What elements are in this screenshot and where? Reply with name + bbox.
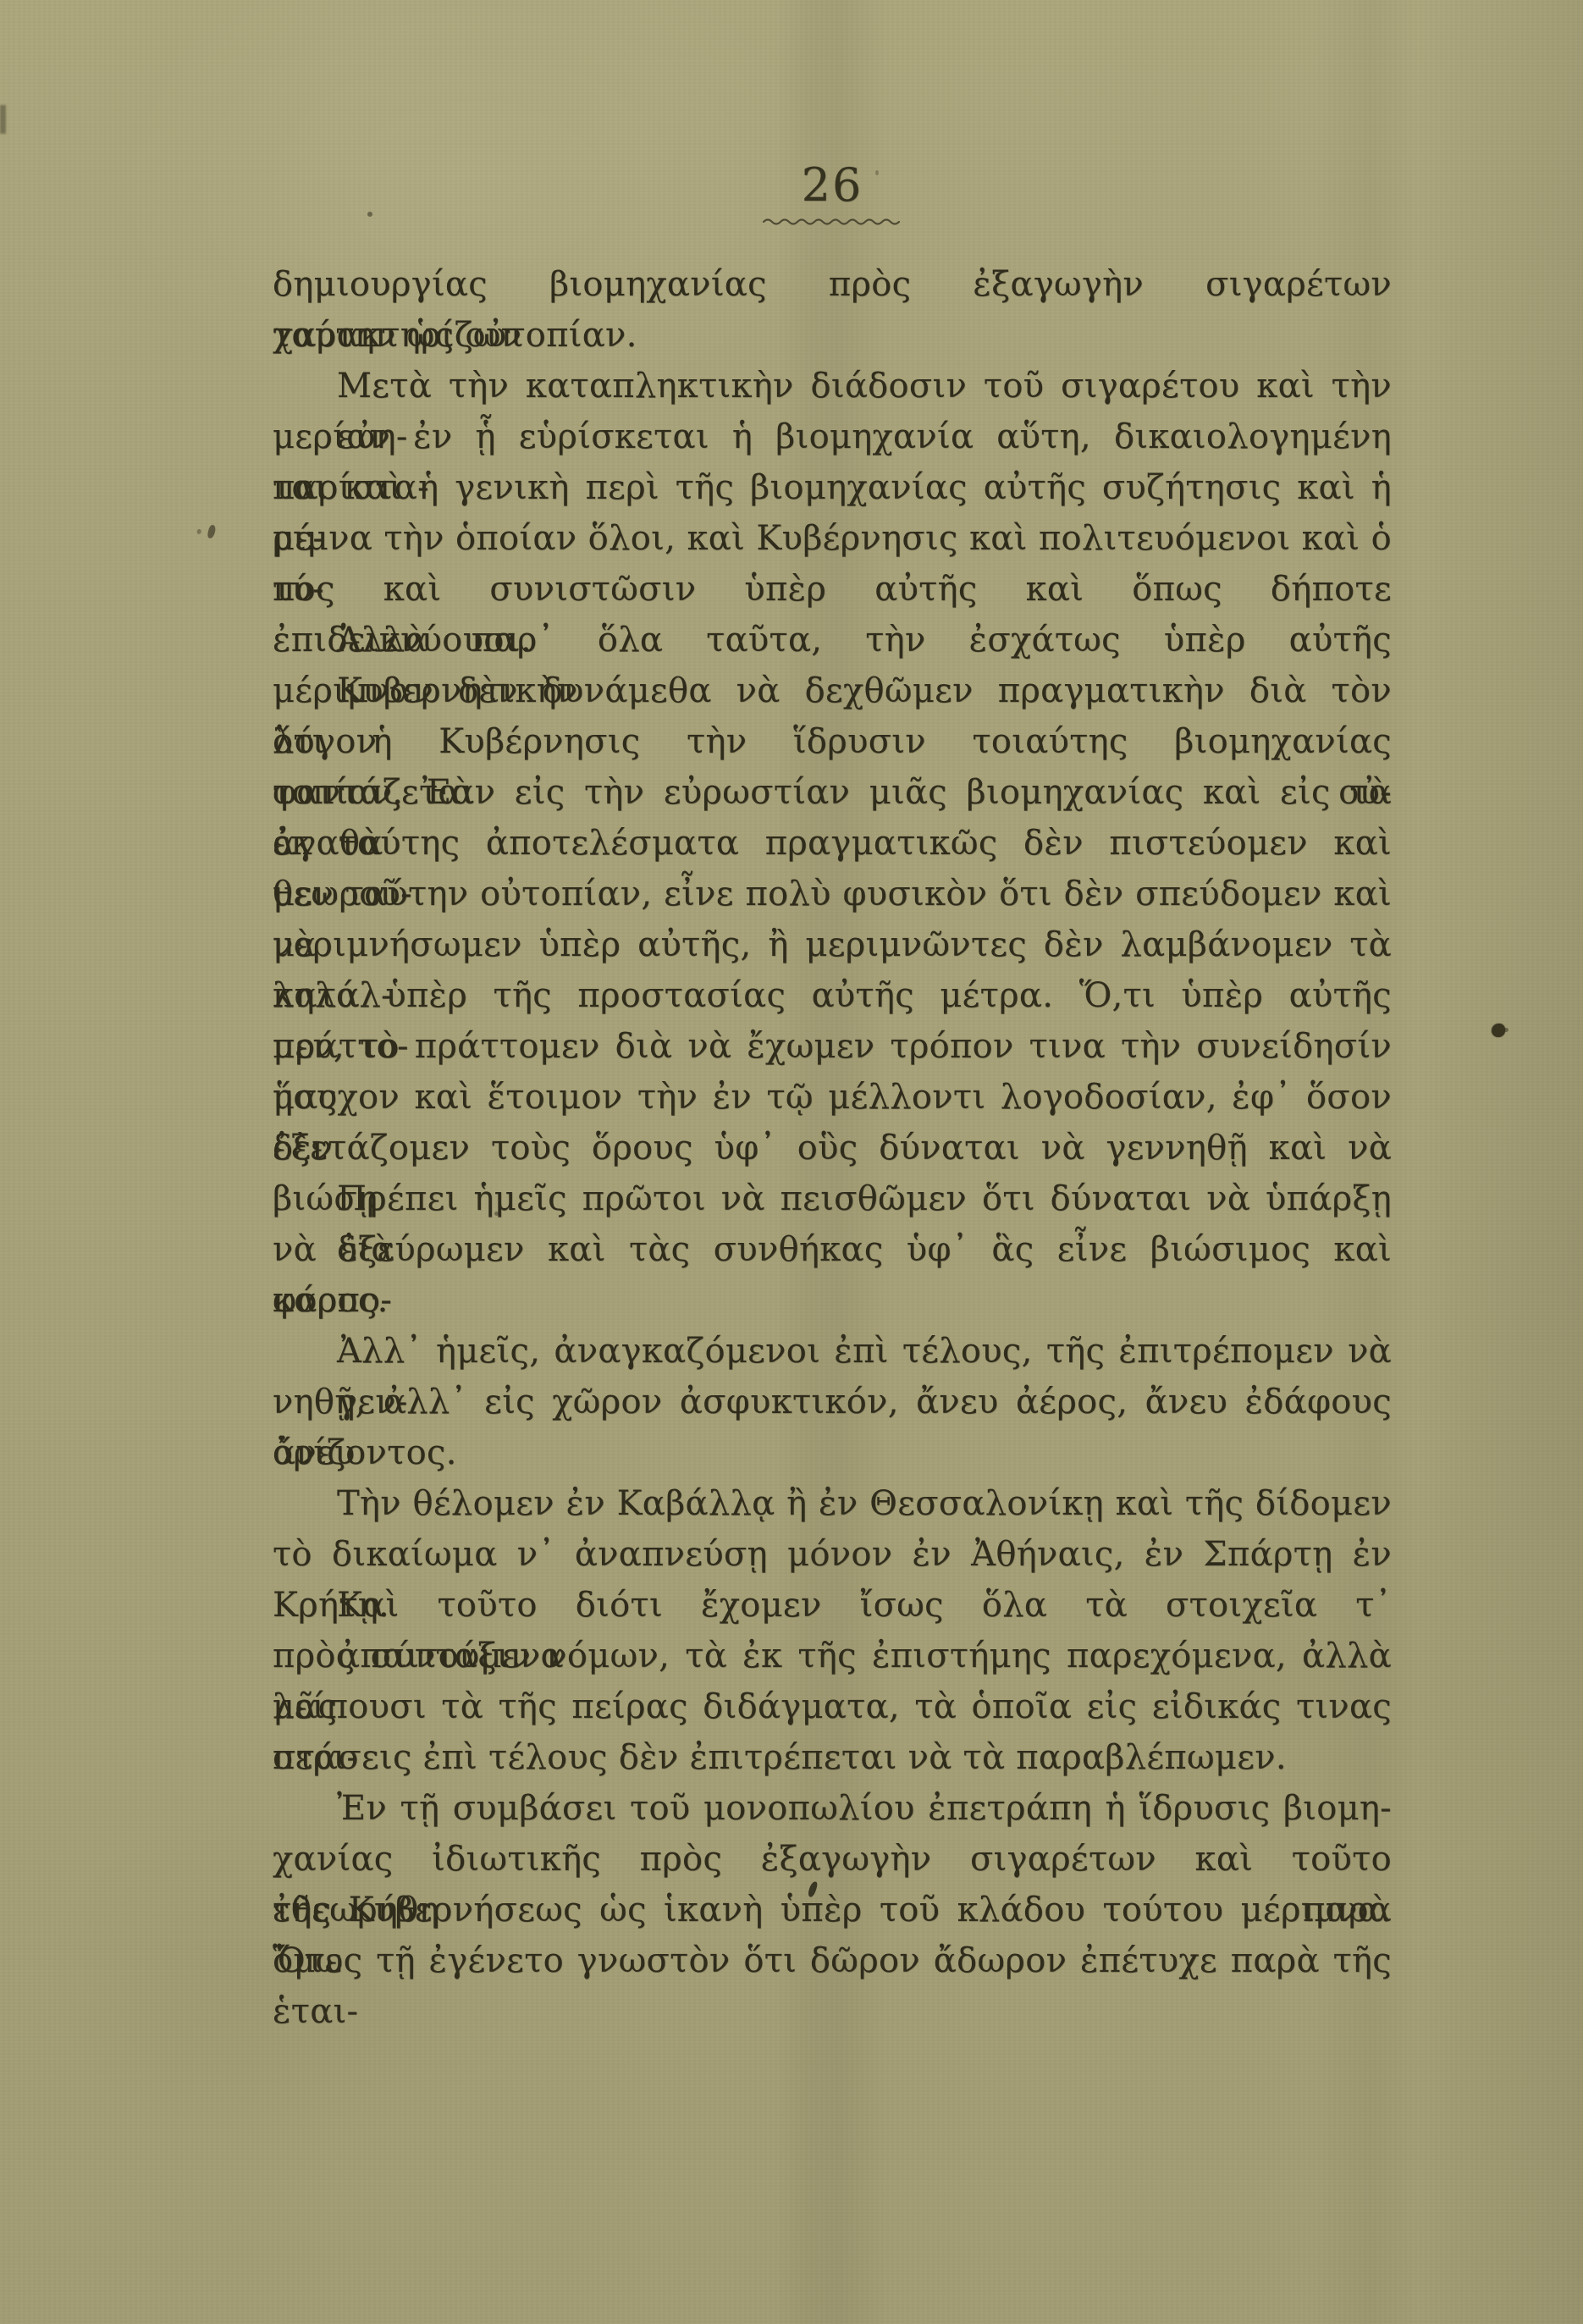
text-line: ὁρίζοντος. bbox=[273, 1427, 1392, 1478]
text-line: Ἀλλ᾽ ἡμεῖς, ἀναγκαζόμενοι ἐπὶ τέλους, τῆ… bbox=[273, 1326, 1392, 1377]
text-line: Πρέπει ἡμεῖς πρῶτοι νὰ πεισθῶμεν ὅτι δύν… bbox=[273, 1173, 1392, 1224]
text-line: χανίας ἰδιωτικῆς πρὸς ἐξαγωγὴν σιγαρέτων… bbox=[273, 1834, 1392, 1885]
scanned-book-page: 26 δημιουργίας βιομηχανίας πρὸς ἐξαγωγὴν… bbox=[0, 0, 1583, 2324]
text-line: ταύτην ὡς οὐτοπίαν. bbox=[273, 310, 1392, 361]
text-line: τῆς Κυβερνήσεως ὡς ἱκανὴ ὑπὲρ τοῦ κλάδου… bbox=[273, 1885, 1392, 1935]
text-line: ὅτι ἡ Κυβέρνησις τὴν ἵδρυσιν τοιαύτης βι… bbox=[273, 716, 1392, 767]
text-line: ται καὶ ἡ γενικὴ περὶ τῆς βιομηχανίας αὐ… bbox=[273, 462, 1392, 513]
paper-speck bbox=[367, 212, 372, 217]
page-number: 26 bbox=[760, 163, 904, 208]
text-line: πος καὶ συνιστῶσιν ὑπὲρ αὐτῆς καὶ ὅπως δ… bbox=[273, 564, 1392, 615]
text-line: μεν ταύτην οὐτοπίαν, εἶνε πολὺ φυσικὸν ὅ… bbox=[273, 869, 1392, 919]
text-line: μερίαν ἐν ᾗ εὑρίσκεται ἡ βιομηχανία αὕτη… bbox=[273, 411, 1392, 462]
text-line: μεν, τὸ πράττομεν διὰ νὰ ἔχωμεν τρόπον τ… bbox=[273, 1021, 1392, 1072]
text-line: τοπίαν. Ἐὰν εἰς τὴν εὐρωστίαν μιᾶς βιομη… bbox=[273, 767, 1392, 818]
text-line: νὰ ἐξεύρωμεν καὶ τὰς συνθήκας ὑφ᾽ ἃς εἶν… bbox=[273, 1224, 1392, 1275]
text-line: Καὶ τοῦτο διότι ἔχομεν ἴσως ὅλα τὰ στοιχ… bbox=[273, 1580, 1392, 1631]
text-line: μέριμναν δὲν δυνάμεθα νὰ δεχθῶμεν πραγμα… bbox=[273, 665, 1392, 716]
text-line: μεριμνήσωμεν ὑπὲρ αὐτῆς, ἢ μεριμνῶντες δ… bbox=[273, 919, 1392, 970]
page-number-underline bbox=[761, 215, 903, 225]
text-line: Ἐν τῇ συμβάσει τοῦ μονοπωλίου ἐπετράπη ἡ… bbox=[273, 1783, 1392, 1834]
text-line: ὅμως τῇ ἐγένετο γνωστὸν ὅτι δῶρον ἄδωρον… bbox=[273, 1935, 1392, 1986]
text-line: ἥσυχον καὶ ἕτοιμον τὴν ἐν τῷ μέλλοντι λο… bbox=[273, 1072, 1392, 1123]
text-line: φόρος. bbox=[273, 1275, 1392, 1326]
ink-speck-left-margin bbox=[207, 524, 216, 538]
text-line: Μετὰ τὴν καταπληκτικὴν διάδοσιν τοῦ σιγα… bbox=[273, 361, 1392, 411]
text-line: ἐκ ταύτης ἀποτελέσματα πραγματικῶς δὲν π… bbox=[273, 818, 1392, 869]
text-line: ριμνα τὴν ὁποίαν ὅλοι, καὶ Κυβέρνησις κα… bbox=[273, 513, 1392, 564]
text-block: δημιουργίας βιομηχανίας πρὸς ἐξαγωγὴν σι… bbox=[273, 259, 1392, 1986]
text-line: λείπουσι τὰ τῆς πείρας διδάγματα, τὰ ὁπο… bbox=[273, 1681, 1392, 1732]
text-line: ληλα ὑπὲρ τῆς προστασίας αὐτῆς μέτρα. Ὅ,… bbox=[273, 970, 1392, 1021]
text-line: Τὴν θέλομεν ἐν Καβάλλᾳ ἢ ἐν Θεσσαλονίκῃ … bbox=[273, 1478, 1392, 1529]
text-line: Ἀλλὰ παρ᾽ ὅλα ταῦτα, τὴν ἐσχάτως ὑπὲρ αὐ… bbox=[273, 615, 1392, 665]
text-line: δημιουργίας βιομηχανίας πρὸς ἐξαγωγὴν σι… bbox=[273, 259, 1392, 310]
text-line: τὸ δικαίωμα ν᾽ ἀναπνεύσῃ μόνον ἐν Ἀθήναι… bbox=[273, 1529, 1392, 1580]
scan-edge-smudge bbox=[0, 105, 6, 134]
ink-blot-right-margin bbox=[1492, 1024, 1505, 1037]
text-line: ἐξετάζομεν τοὺς ὅρους ὑφ᾽ οὓς δύναται νὰ… bbox=[273, 1123, 1392, 1173]
page-header: 26 bbox=[760, 163, 904, 225]
text-line: στάσεις ἐπὶ τέλους δὲν ἐπιτρέπεται νὰ τὰ… bbox=[273, 1732, 1392, 1783]
text-line: πρὸς σύνταξιν νόμων, τὰ ἐκ τῆς ἐπιστήμης… bbox=[273, 1631, 1392, 1681]
text-line: νηθῇ, ἀλλ᾽ εἰς χῶρον ἀσφυκτικόν, ἄνευ ἀέ… bbox=[273, 1377, 1392, 1427]
